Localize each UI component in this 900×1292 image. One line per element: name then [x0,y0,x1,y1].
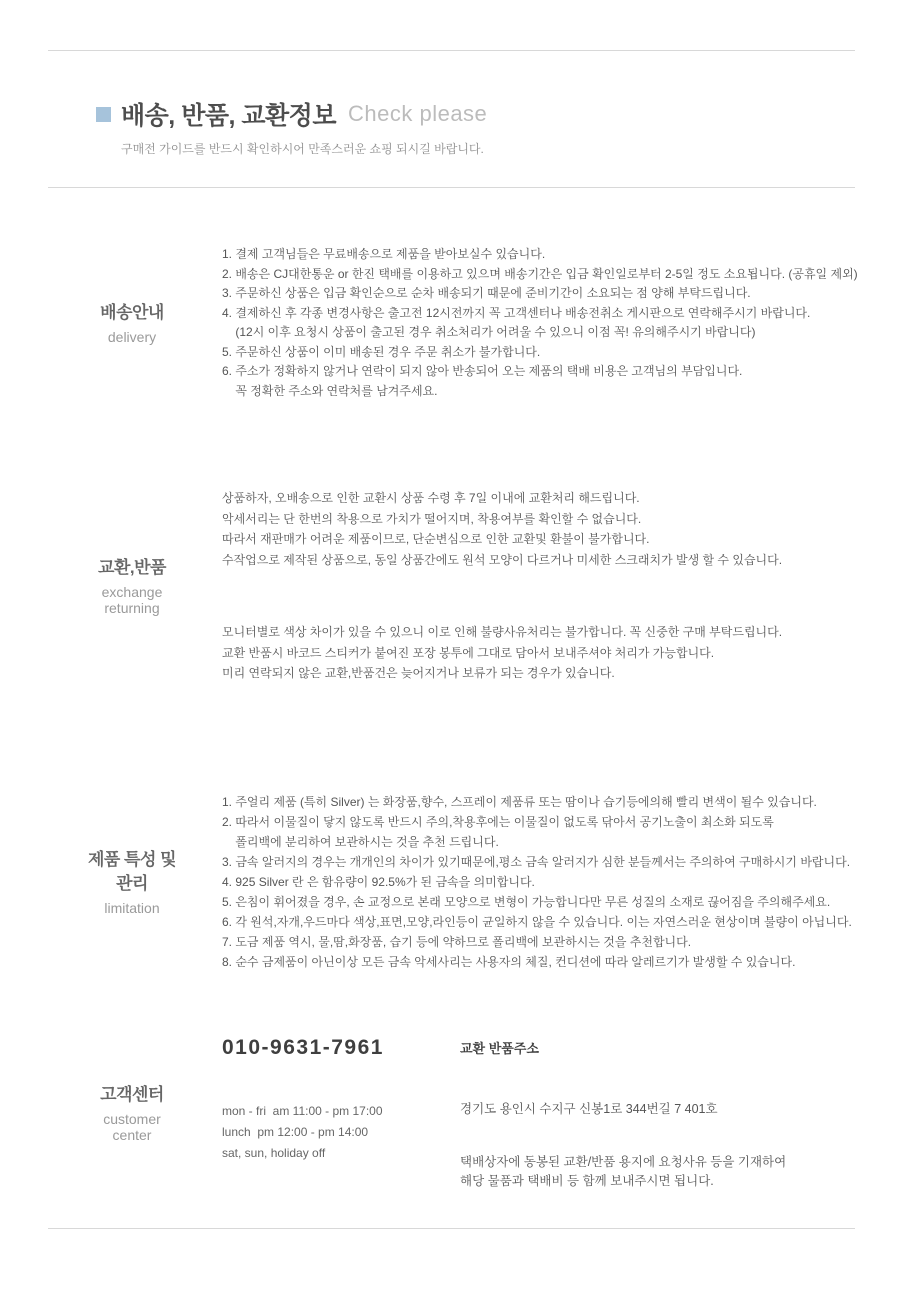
return-address-title: 교환 반품주소 [460,1038,878,1057]
exchange-line: 악세서리는 단 한번의 착용으로 가치가 떨어지며, 착용여부를 확인할 수 없… [222,509,878,530]
phone-number: 010-9631-7961 [222,1036,460,1060]
delivery-line: 2. 배송은 CJ대한통운 or 한진 택배를 이용하고 있으며 배송기간은 입… [222,265,878,285]
delivery-line: 3. 주문하신 상품은 입금 확인순으로 순차 배송되기 때문에 준비기간이 소… [222,284,878,304]
exchange-text: 상품하자, 오배송으로 인한 교환시 상품 수령 후 7일 이내에 교환처리 해… [222,460,878,712]
section-customer: 고객센터 customer center 010-9631-7961 mon -… [48,1058,878,1168]
limitation-line: 4. 925 Silver 란 은 함유량이 92.5%가 된 금속을 의미합니… [222,872,878,892]
delivery-line: 1. 결제 고객님들은 무료배송으로 제품을 받아보실수 있습니다. [222,245,878,265]
delivery-line: 5. 주문하신 상품이 이미 배송된 경우 주문 취소가 불가합니다. [222,343,878,363]
hours-line: mon - fri am 11:00 - pm 17:00 [222,1101,460,1122]
limitation-label-2: 관리 [48,872,216,896]
delivery-line: 6. 주소가 정확하지 않거나 연락이 되지 않아 반송되어 오는 제품의 택배… [222,362,878,382]
limitation-line: 2. 따라서 이물질이 닿지 않도록 반드시 주의,착용후에는 이물질이 없도록… [222,812,878,832]
exchange-paragraph-2: 모니터별로 색상 차이가 있을 수 있으니 이로 인해 불량사유처리는 불가합니… [222,622,878,684]
limitation-label-en: limitation [48,900,216,916]
customer-hours-column: 010-9631-7961 mon - fri am 11:00 - pm 17… [222,1008,460,1192]
bottom-divider [48,1228,855,1229]
top-divider [48,50,855,51]
customer-label-en-1: customer [48,1111,216,1127]
customer-label-en-2: center [48,1127,216,1143]
customer-label: 고객센터 [48,1083,216,1107]
section-limitation: 제품 특성 및 관리 limitation 1. 주얼리 제품 (특히 Silv… [48,790,878,974]
exchange-label-en-2: returning [48,600,216,616]
page-title-en: Check please [348,101,487,127]
exchange-label-en-1: exchange [48,584,216,600]
limitation-line: 8. 순수 금제품이 아닌이상 모든 금속 악세사리는 사용자의 체질, 컨디션… [222,952,878,972]
business-hours: mon - fri am 11:00 - pm 17:00lunch pm 12… [222,1101,460,1164]
exchange-line: 모니터별로 색상 차이가 있을 수 있으니 이로 인해 불량사유처리는 불가합니… [222,622,878,643]
info-page: 배송, 반품, 교환정보 Check please 구매전 가이드를 반드시 확… [0,0,900,1292]
return-address-column: 교환 반품주소 경기도 용인시 수지구 신봉1로 344번길 7 401호 택배… [460,1008,878,1219]
delivery-line: (12시 이후 요청시 상품이 출고된 경우 취소처리가 어려울 수 있으니 이… [222,323,878,343]
limitation-line: 폴리백에 분리하여 보관하시는 것을 추천 드립니다. [222,832,878,852]
return-address-notes: 택배상자에 동봉된 교환/반품 용지에 요청사유 등을 기재하여해당 물품과 택… [460,1153,878,1191]
exchange-line: 미리 연락되지 않은 교환,반품건은 늦어지거나 보류가 되는 경우가 있습니다… [222,663,878,684]
exchange-label-block: 교환,반품 exchange returning [48,556,216,616]
address-note-line: 해당 물품과 택배비 등 함께 보내주시면 됩니다. [460,1172,878,1191]
delivery-text: 1. 결제 고객님들은 무료배송으로 제품을 받아보실수 있습니다.2. 배송은… [222,245,878,401]
return-address: 경기도 용인시 수지구 신봉1로 344번길 7 401호 [460,1100,878,1119]
limitation-label-block: 제품 특성 및 관리 limitation [48,848,216,916]
limitation-label-1: 제품 특성 및 [48,848,216,872]
page-description: 구매전 가이드를 반드시 확인하시어 만족스러운 쇼핑 되시길 바랍니다. [121,140,487,157]
limitation-line: 3. 금속 알러지의 경우는 개개인의 차이가 있기때문에,평소 금속 알러지가… [222,852,878,872]
page-title: 배송, 반품, 교환정보 [121,96,336,132]
page-header: 배송, 반품, 교환정보 Check please 구매전 가이드를 반드시 확… [96,96,487,157]
delivery-line: 4. 결제하신 후 각종 변경사항은 출고전 12시전까지 꼭 고객센터나 배송… [222,304,878,324]
delivery-label: 배송안내 [48,301,216,325]
header-divider [48,187,855,188]
customer-label-block: 고객센터 customer center [48,1083,216,1143]
section-exchange: 교환,반품 exchange returning 상품하자, 오배송으로 인한 … [48,500,878,672]
customer-content: 010-9631-7961 mon - fri am 11:00 - pm 17… [222,1008,878,1219]
delivery-label-block: 배송안내 delivery [48,301,216,345]
exchange-line: 수작업으로 제작된 상품으로, 동일 상품간에도 원석 모양이 다르거나 미세한… [222,550,878,571]
limitation-line: 1. 주얼리 제품 (특히 Silver) 는 화장품,향수, 스프레이 제품류… [222,792,878,812]
hours-line: sat, sun, holiday off [222,1143,460,1164]
hours-line: lunch pm 12:00 - pm 14:00 [222,1122,460,1143]
exchange-line: 상품하자, 오배송으로 인한 교환시 상품 수령 후 7일 이내에 교환처리 해… [222,488,878,509]
delivery-label-en: delivery [48,329,216,345]
limitation-text: 1. 주얼리 제품 (특히 Silver) 는 화장품,향수, 스프레이 제품류… [222,792,878,972]
delivery-line: 꼭 정확한 주소와 연락처를 남겨주세요. [222,382,878,402]
limitation-line: 7. 도금 제품 역시, 물,땀,화장품, 습기 등에 약하므로 폴리백에 보관… [222,932,878,952]
exchange-line: 따라서 재판매가 어려운 제품이므로, 단순변심으로 인한 교환및 환불이 불가… [222,529,878,550]
header-title-row: 배송, 반품, 교환정보 Check please [96,96,487,132]
limitation-line: 5. 은침이 휘어졌을 경우, 손 교정으로 본래 모양으로 변형이 가능합니다… [222,892,878,912]
limitation-line: 6. 각 원석,자개,우드마다 색상,표면,모양,라인등이 균일하지 않을 수 … [222,912,878,932]
section-delivery: 배송안내 delivery 1. 결제 고객님들은 무료배송으로 제품을 받아보… [48,243,878,403]
accent-square-icon [96,107,111,122]
exchange-paragraph-1: 상품하자, 오배송으로 인한 교환시 상품 수령 후 7일 이내에 교환처리 해… [222,488,878,570]
exchange-label: 교환,반품 [48,556,216,580]
address-note-line: 택배상자에 동봉된 교환/반품 용지에 요청사유 등을 기재하여 [460,1153,878,1172]
exchange-line: 교환 반품시 바코드 스티커가 붙여진 포장 봉투에 그대로 담아서 보내주셔야… [222,643,878,664]
